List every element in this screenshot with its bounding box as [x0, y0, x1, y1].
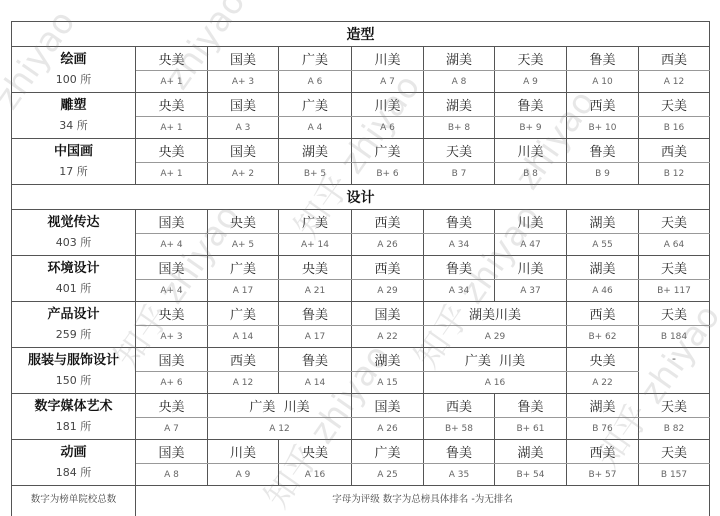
school-name: 国美 [352, 394, 424, 418]
major-cell: 服装与服饰设计 150 所 [12, 348, 136, 394]
grade-rank: A 10 [567, 71, 639, 93]
school-name: 鲁美 [495, 394, 567, 418]
school-name: 天美 [639, 210, 710, 234]
school-name: 天美 [639, 256, 710, 280]
school-name: 天美 [639, 394, 710, 418]
grade-rank: A+ 3 [136, 326, 208, 348]
grade-rank: A+ 6 [136, 372, 208, 394]
school-name: 国美 [208, 47, 279, 71]
school-name: 广美 [208, 256, 279, 280]
grade-rank: A+ 5 [208, 234, 279, 256]
school-name: 湖美 [567, 256, 639, 280]
school-count: 259 所 [12, 325, 135, 345]
major-name: 雕塑 [12, 96, 135, 116]
school-name: 川美 [495, 210, 567, 234]
school-name: 西美 [352, 210, 424, 234]
grade-rank: A+ 4 [136, 234, 208, 256]
major-name: 数字媒体艺术 [12, 397, 135, 417]
school-name: 广美 [279, 210, 352, 234]
major-cell: 动画 184 所 [12, 440, 136, 486]
grade-rank: A 9 [208, 464, 279, 486]
grade-rank: A+ 1 [136, 163, 208, 185]
grade-rank: A 14 [279, 372, 352, 394]
school-name: 湖美 [495, 440, 567, 464]
major-name: 服装与服饰设计 [12, 351, 135, 371]
school-name-tied: 湖美川美 [424, 302, 567, 326]
school-name: 西美 [639, 139, 710, 163]
grade-rank: B 9 [567, 163, 639, 185]
grade-rank: A 17 [279, 326, 352, 348]
school-name: 鲁美 [424, 256, 495, 280]
school-name: 川美 [352, 93, 424, 117]
school-name: 鲁美 [567, 47, 639, 71]
section-title-modeling: 造型 [12, 22, 710, 47]
school-name: 西美 [208, 348, 279, 372]
grade-rank: B+ 57 [567, 464, 639, 486]
major-name: 环境设计 [12, 259, 135, 279]
grade-rank: B+ 10 [567, 117, 639, 139]
school-name: 鲁美 [279, 302, 352, 326]
grade-rank-tied: A 12 [208, 418, 352, 440]
school-name: 天美 [639, 93, 710, 117]
grade-rank: A 26 [352, 418, 424, 440]
school-name: 国美 [136, 440, 208, 464]
grade-rank: A+ 14 [279, 234, 352, 256]
school-name: 西美 [567, 93, 639, 117]
school-name: 湖美 [352, 348, 424, 372]
major-cell: 视觉传达 403 所 [12, 210, 136, 256]
ranking-table: 造型 绘画 100 所 央美 国美 广美 川美 湖美 天美 鲁美 西美 A+ 1… [11, 21, 710, 516]
school-name: 央美 [136, 302, 208, 326]
grade-rank: A 55 [567, 234, 639, 256]
school-name: 广美 [279, 93, 352, 117]
school-name: 央美 [279, 256, 352, 280]
school-name-tied: 广美 川美 [424, 348, 567, 372]
no-rank-cell: - [639, 348, 710, 394]
grade-rank: A 25 [352, 464, 424, 486]
grade-rank: A 8 [136, 464, 208, 486]
school-name: 川美 [352, 47, 424, 71]
grade-rank: A 21 [279, 280, 352, 302]
school-name: 鲁美 [279, 348, 352, 372]
grade-rank: B+ 6 [352, 163, 424, 185]
major-name: 中国画 [12, 142, 135, 162]
school-name: 湖美 [279, 139, 352, 163]
school-name: 央美 [567, 348, 639, 372]
grade-rank: B+ 62 [567, 326, 639, 348]
grade-rank-tied: A 29 [424, 326, 567, 348]
grade-rank: B+ 117 [639, 280, 710, 302]
grade-rank: B+ 61 [495, 418, 567, 440]
grade-rank: B+ 8 [424, 117, 495, 139]
school-name: 鲁美 [495, 93, 567, 117]
grade-rank: A 34 [424, 280, 495, 302]
school-name: 央美 [136, 47, 208, 71]
major-name: 产品设计 [12, 305, 135, 325]
school-count: 401 所 [12, 279, 135, 299]
school-name: 国美 [136, 348, 208, 372]
grade-rank: A 22 [567, 372, 639, 394]
grade-rank: A+ 4 [136, 280, 208, 302]
grade-rank: A 8 [424, 71, 495, 93]
school-name: 湖美 [424, 93, 495, 117]
school-name: 西美 [567, 440, 639, 464]
major-cell: 中国画 17 所 [12, 139, 136, 185]
school-name: 西美 [567, 302, 639, 326]
school-name: 央美 [279, 440, 352, 464]
footer-note-count: 数字为榜单院校总数 [12, 486, 136, 516]
grade-rank: B 76 [567, 418, 639, 440]
grade-rank: B 12 [639, 163, 710, 185]
school-name: 央美 [136, 93, 208, 117]
grade-rank: B 8 [495, 163, 567, 185]
school-name: 湖美 [567, 394, 639, 418]
school-name: 国美 [136, 256, 208, 280]
grade-rank: A 22 [352, 326, 424, 348]
major-name: 动画 [12, 443, 135, 463]
school-name: 国美 [208, 93, 279, 117]
school-count: 17 所 [12, 162, 135, 182]
section-title-design: 设计 [12, 185, 710, 210]
grade-rank: A 26 [352, 234, 424, 256]
grade-rank: A 46 [567, 280, 639, 302]
school-name: 央美 [208, 210, 279, 234]
grade-rank: B 82 [639, 418, 710, 440]
grade-rank: A 3 [208, 117, 279, 139]
school-name: 湖美 [567, 210, 639, 234]
grade-rank: A 16 [279, 464, 352, 486]
school-name: 川美 [495, 256, 567, 280]
grade-rank: A 12 [208, 372, 279, 394]
grade-rank: A 15 [352, 372, 424, 394]
school-count: 100 所 [12, 70, 135, 90]
grade-rank: A 17 [208, 280, 279, 302]
grade-rank: A 7 [352, 71, 424, 93]
grade-rank: A 14 [208, 326, 279, 348]
major-cell: 雕塑 34 所 [12, 93, 136, 139]
grade-rank: A 37 [495, 280, 567, 302]
school-name: 鲁美 [567, 139, 639, 163]
school-name: 国美 [352, 302, 424, 326]
school-name: 广美 [208, 302, 279, 326]
major-name: 视觉传达 [12, 213, 135, 233]
grade-rank: A+ 1 [136, 117, 208, 139]
school-name: 国美 [136, 210, 208, 234]
school-name-tied: 广美 川美 [208, 394, 352, 418]
school-name: 川美 [208, 440, 279, 464]
school-name: 天美 [639, 440, 710, 464]
footer-legend: 字母为评级 数字为总榜具体排名 -为无排名 [136, 486, 710, 516]
grade-rank: A 35 [424, 464, 495, 486]
major-cell: 数字媒体艺术 181 所 [12, 394, 136, 440]
grade-rank-tied: A 16 [424, 372, 567, 394]
school-name: 西美 [352, 256, 424, 280]
grade-rank: B+ 9 [495, 117, 567, 139]
grade-rank: A 64 [639, 234, 710, 256]
school-name: 天美 [424, 139, 495, 163]
school-count: 34 所 [12, 116, 135, 136]
grade-rank: A+ 1 [136, 71, 208, 93]
grade-rank: A 12 [639, 71, 710, 93]
grade-rank: A 29 [352, 280, 424, 302]
grade-rank: A 6 [279, 71, 352, 93]
grade-rank: B 7 [424, 163, 495, 185]
grade-rank: A 9 [495, 71, 567, 93]
major-cell: 产品设计 259 所 [12, 302, 136, 348]
school-count: 184 所 [12, 463, 135, 483]
school-name: 川美 [495, 139, 567, 163]
school-name: 天美 [495, 47, 567, 71]
school-name: 天美 [639, 302, 710, 326]
school-name: 湖美 [424, 47, 495, 71]
school-count: 181 所 [12, 417, 135, 437]
school-name: 广美 [352, 139, 424, 163]
major-cell: 环境设计 401 所 [12, 256, 136, 302]
grade-rank: A 4 [279, 117, 352, 139]
school-name: 广美 [279, 47, 352, 71]
school-name: 鲁美 [424, 440, 495, 464]
school-count: 403 所 [12, 233, 135, 253]
grade-rank: B 16 [639, 117, 710, 139]
school-name: 广美 [352, 440, 424, 464]
grade-rank: B 157 [639, 464, 710, 486]
grade-rank: A+ 3 [208, 71, 279, 93]
school-name: 央美 [136, 394, 208, 418]
grade-rank: B 184 [639, 326, 710, 348]
grade-rank: B+ 5 [279, 163, 352, 185]
grade-rank: B+ 58 [424, 418, 495, 440]
school-name: 西美 [424, 394, 495, 418]
major-cell: 绘画 100 所 [12, 47, 136, 93]
school-name: 西美 [639, 47, 710, 71]
grade-rank: A 6 [352, 117, 424, 139]
grade-rank: A 47 [495, 234, 567, 256]
major-name: 绘画 [12, 50, 135, 70]
grade-rank: A+ 2 [208, 163, 279, 185]
grade-rank: A 34 [424, 234, 495, 256]
school-name: 鲁美 [424, 210, 495, 234]
grade-rank: B+ 54 [495, 464, 567, 486]
grade-rank: A 7 [136, 418, 208, 440]
school-name: 国美 [208, 139, 279, 163]
school-name: 央美 [136, 139, 208, 163]
school-count: 150 所 [12, 371, 135, 391]
